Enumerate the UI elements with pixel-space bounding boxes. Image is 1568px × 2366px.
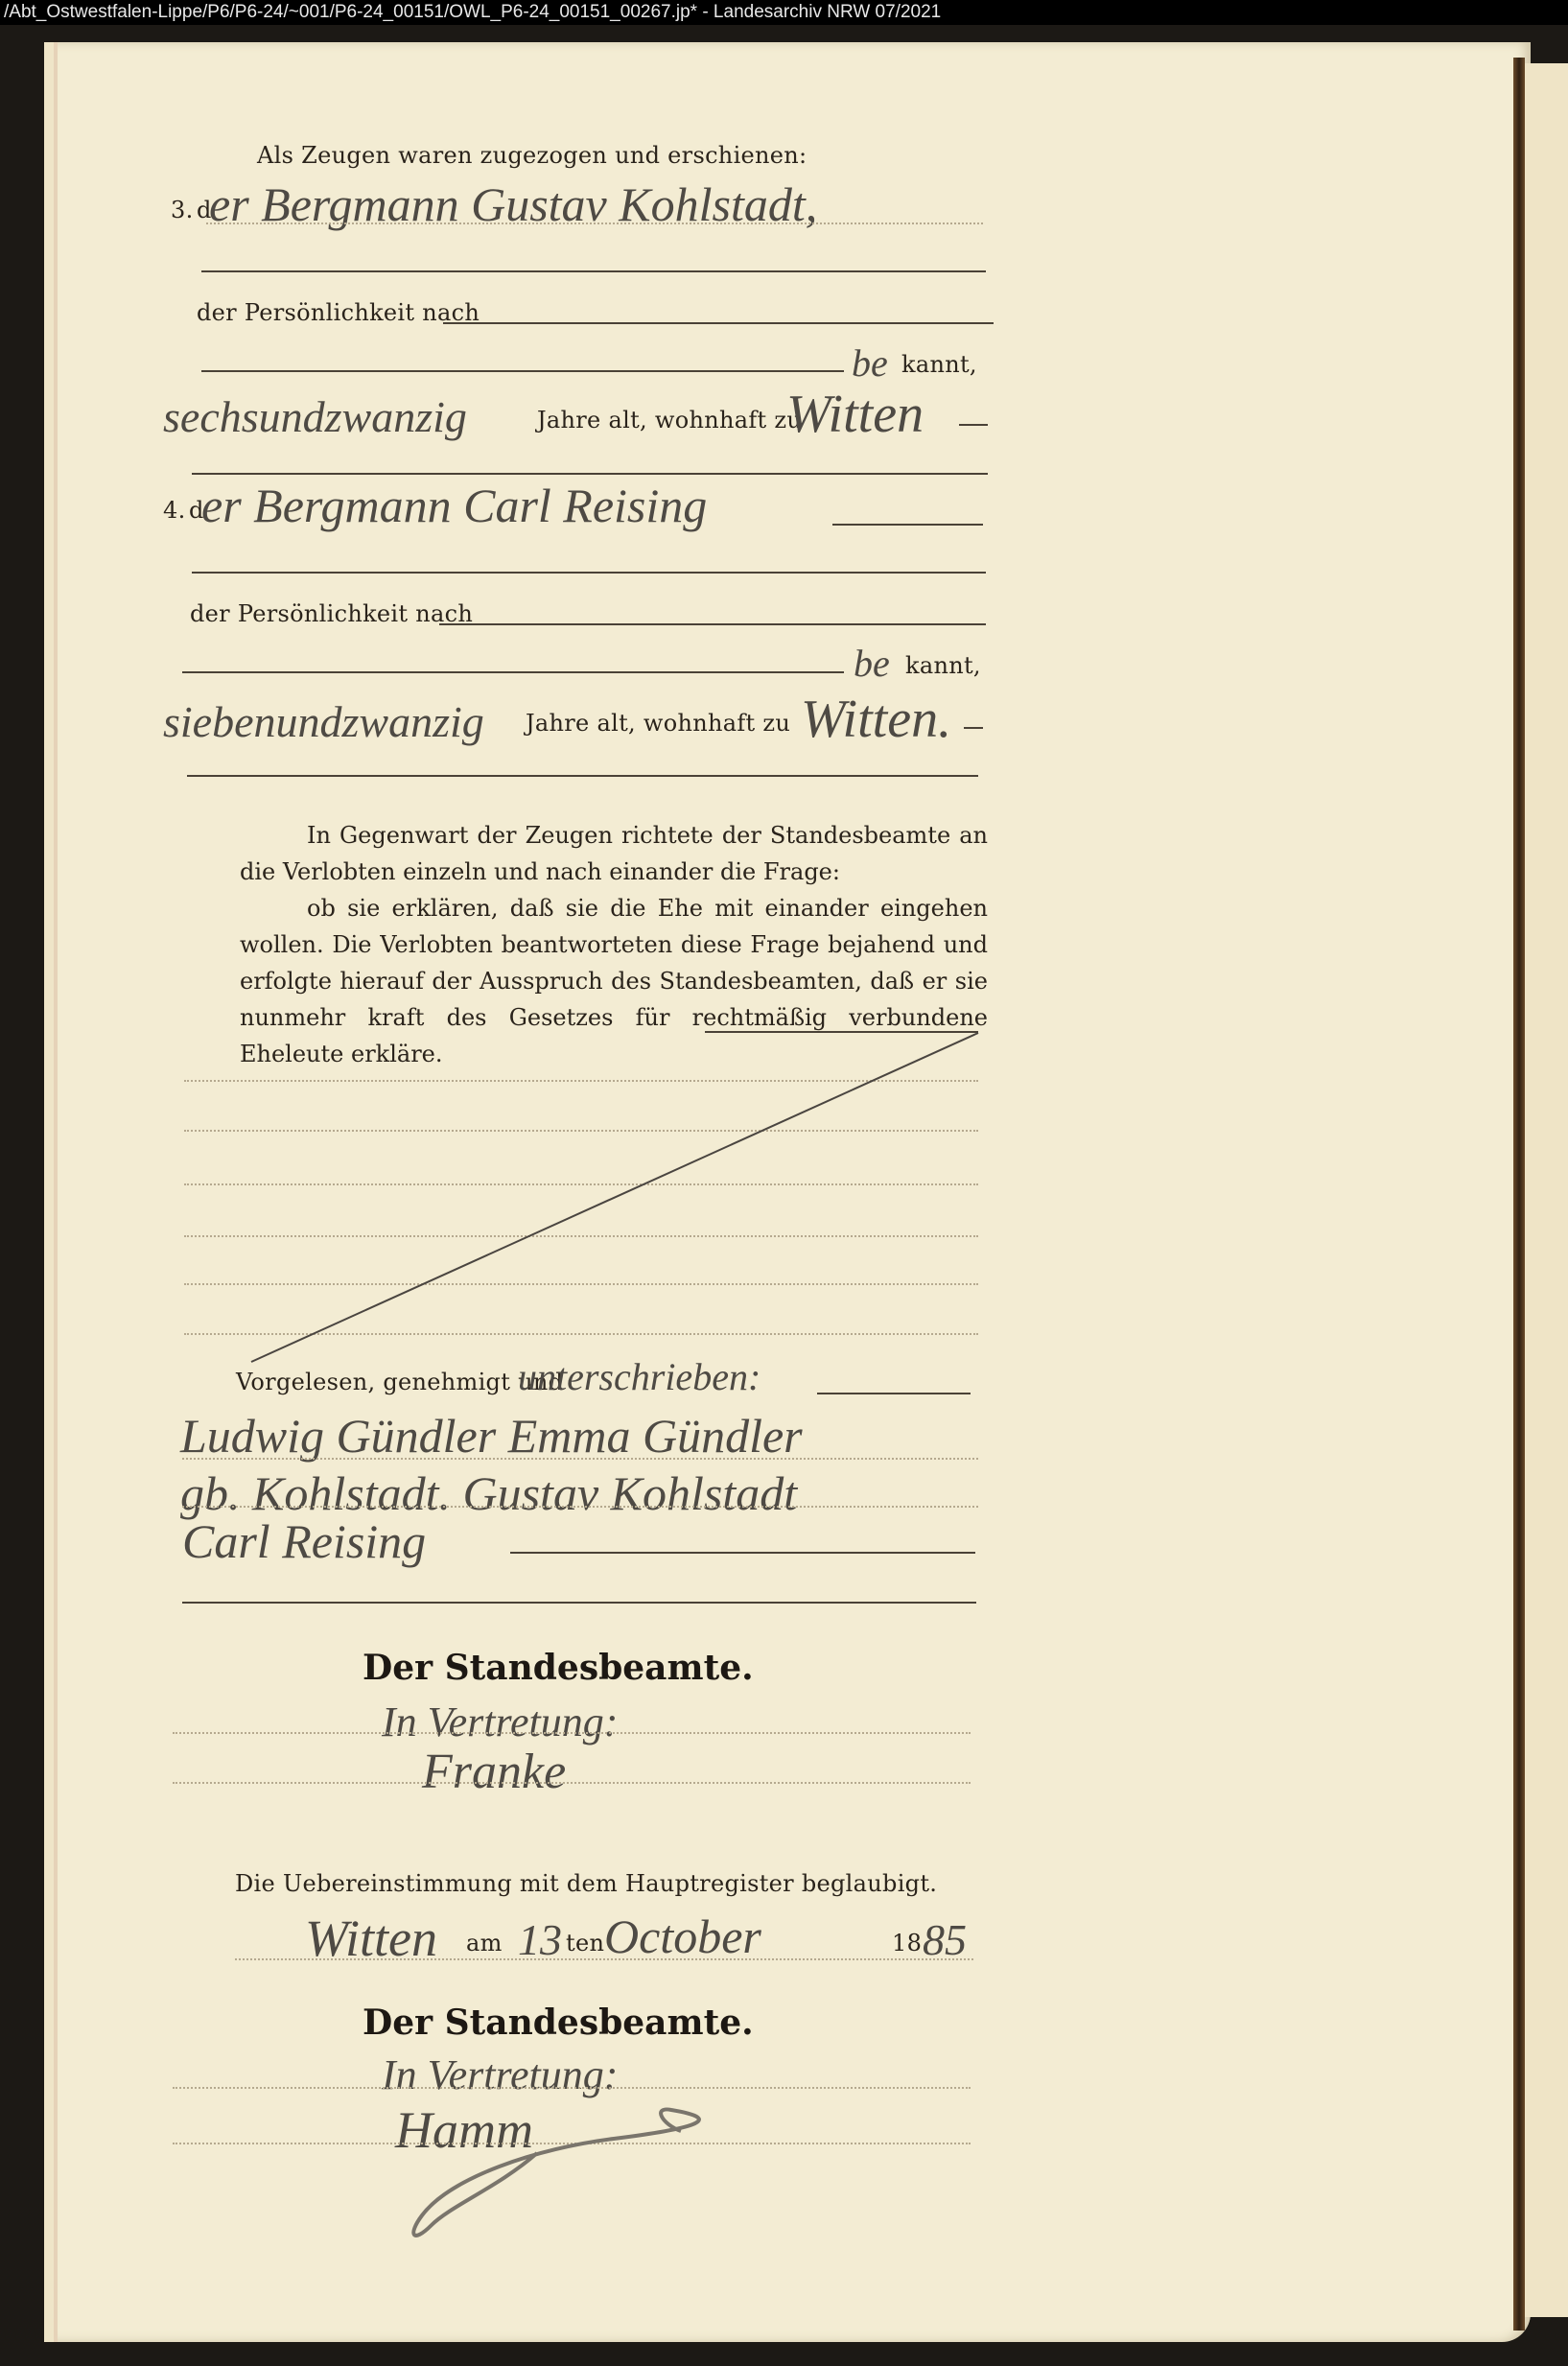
signature-flourish bbox=[0, 0, 1568, 2366]
